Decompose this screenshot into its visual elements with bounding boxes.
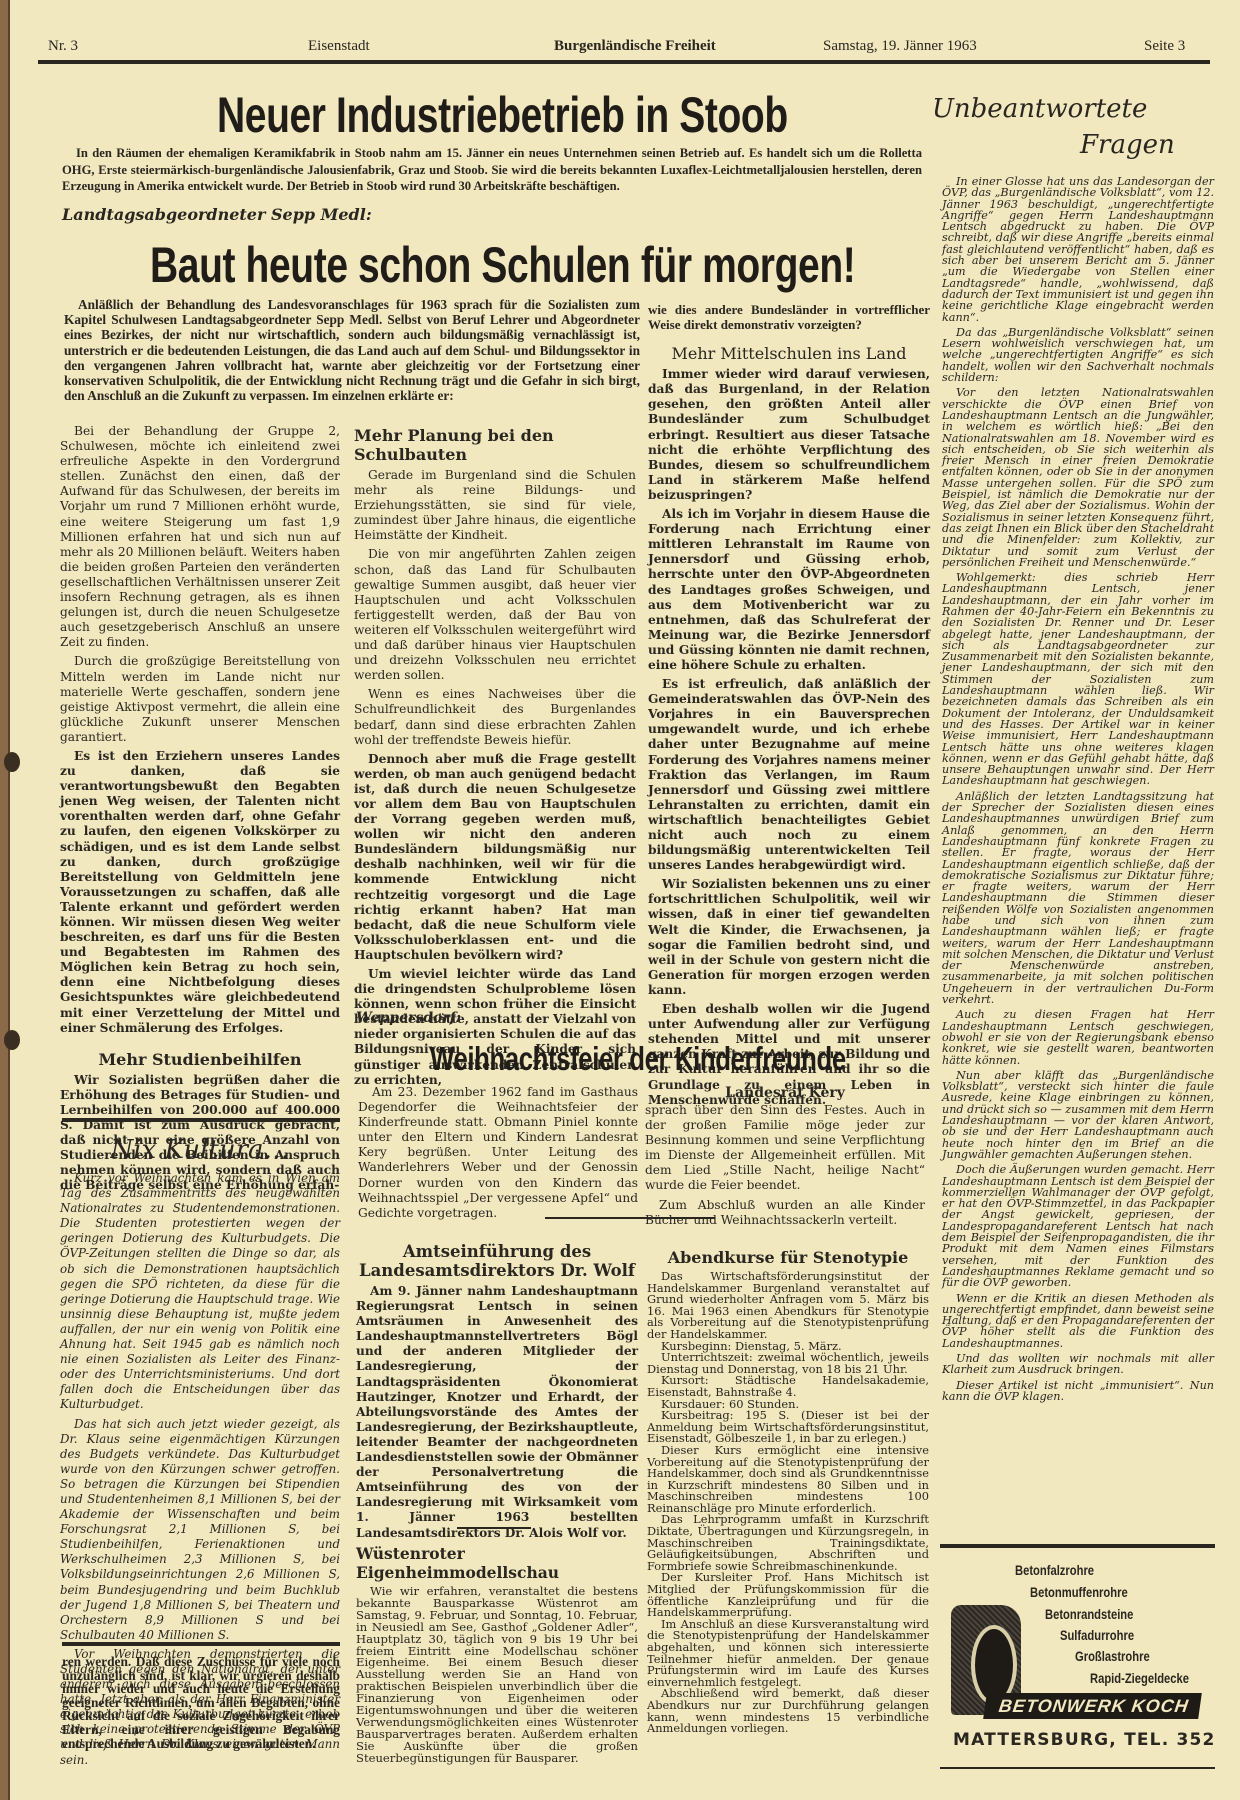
paragraph: Abschließend wird bemerkt, daß dieser Ab…	[647, 1688, 929, 1734]
ad-top-rule	[940, 1544, 1215, 1548]
paragraph: Da das „Burgenländische Volksblatt“ sein…	[942, 327, 1214, 383]
paragraph: Dieser Artikel ist nicht „immunisiert“. …	[942, 1380, 1214, 1403]
masthead-rule	[38, 60, 1210, 64]
paragraph: Das Wirtschaftsförderungsinstitut der Ha…	[647, 1271, 929, 1341]
headline-fragen-1: Unbeantwortete	[932, 94, 1147, 124]
article-stoob: In den Räumen der ehemaligen Keramikfabr…	[62, 145, 922, 199]
paragraph: In einer Glosse hat uns das Landesorgan …	[942, 176, 1214, 323]
ad-company-banner: BETONWERK KOCH	[983, 1693, 1202, 1719]
headline-wuestenrot: Wüstenroter Eigenheimmodellschau	[356, 1544, 638, 1582]
ad-product: Rapid-Ziegeldecke	[1090, 1670, 1189, 1686]
section-rule	[62, 1118, 340, 1122]
headline-wolf: Amtseinführung des Landesamtsdirektors D…	[356, 1242, 638, 1280]
paragraph: Es ist den Erziehern unseres Landes zu d…	[60, 749, 340, 1036]
ad-product: Betonmuffenrohre	[1030, 1584, 1128, 1600]
paragraph: Wohlgemerkt: dies schrieb Herr Landeshau…	[942, 572, 1214, 787]
article-weihnacht-right: Landesrat Kery sprach über den Sinn des …	[645, 1085, 925, 1232]
article-schulen-col1: Bei der Behandlung der Gruppe 2, Schulwe…	[60, 424, 340, 1198]
issue-number: Nr. 3	[48, 38, 78, 55]
paragraph: Auch zu diesen Fragen hat Herr Landeshau…	[942, 1009, 1214, 1065]
kicker-medl: Landtagsabgeordneter Sepp Medl:	[62, 205, 372, 224]
ad-bottom-rule	[940, 1767, 1215, 1769]
paragraph: Bei der Behandlung der Gruppe 2, Schulwe…	[60, 424, 340, 650]
paragraph: Dieser Kurs ermöglicht eine intensive Vo…	[647, 1445, 929, 1515]
paragraph: Die von mir angeführten Zahlen zeigen sc…	[354, 547, 636, 683]
paragraph: Im Anschluß an diese Kursveranstaltung w…	[647, 1619, 929, 1689]
subhead-studien: Mehr Studienbeihilfen	[60, 1050, 340, 1069]
paragraph: Das hat sich auch jetzt wieder gezeigt, …	[60, 1417, 340, 1643]
subhead-planung: Mehr Planung bei den Schulbauten	[354, 426, 636, 464]
paragraph: Vor den letzten Nationalratswahlen versc…	[942, 387, 1214, 568]
ad-product: Betonrandsteine	[1045, 1606, 1133, 1622]
advertisement-betonwerk-koch: Betonfalzrohre Betonmuffenrohre Betonran…	[945, 1560, 1207, 1775]
paragraph: Am 23. Dezember 1962 fand im Gasthaus De…	[358, 1085, 638, 1221]
paragraph: Wir Sozialisten bekennen uns zu einer fo…	[648, 877, 930, 998]
paragraph: Und das wollten wir nochmals mit aller K…	[942, 1353, 1214, 1376]
paragraph: Als ich im Vorjahr in diesem Hause die F…	[648, 507, 930, 673]
section-rule	[545, 1217, 715, 1219]
paragraph: Kursort: Städtische Handelsakademie, Eis…	[647, 1375, 929, 1398]
headline-kultura: Nix Kultura…	[60, 1135, 340, 1165]
newspaper-name: Burgenländische Freiheit	[554, 38, 716, 55]
article-schulen-continuation: ren werden. Daß diese Zuschüsse für viel…	[62, 1655, 340, 1754]
paragraph: Kursbeitrag: 195 S. (Dieser ist bei der …	[647, 1410, 929, 1445]
article-schulen-lead: Anläßlich der Behandlung des Landesvoran…	[64, 297, 640, 407]
ad-product: Betonfalzrohre	[1015, 1562, 1094, 1578]
paragraph: Wenn er die Kritik an diesen Methoden al…	[942, 1293, 1214, 1349]
headline-weihnacht: Weihnachtsfeier der Kinderfreunde	[430, 1040, 846, 1078]
headline-steno: Abendkurse für Stenotypie	[647, 1248, 929, 1267]
article-fragen: In einer Glosse hat uns das Landesorgan …	[942, 176, 1214, 1406]
masthead: Nr. 3 Eisenstadt Burgenländische Freihei…	[48, 38, 1208, 58]
place: Eisenstadt	[308, 38, 370, 55]
paragraph: Das Lehrprogramm umfaßt in Kurzschrift D…	[647, 1514, 929, 1572]
binding-hole	[4, 752, 20, 772]
binding-hole	[4, 1030, 20, 1050]
lead-paragraph: Anläßlich der Behandlung des Landesvoran…	[64, 297, 640, 403]
ad-company: BETONWERK KOCH	[997, 1696, 1190, 1717]
article-body: In den Räumen der ehemaligen Keramikfabr…	[62, 145, 922, 195]
paragraph: Doch die Äußerungen wurden gemacht. Herr…	[942, 1164, 1214, 1288]
ad-product: Sulfadurrohre	[1060, 1627, 1134, 1643]
article-schulen-col3: wie dies andere Bundesländer in vortreff…	[648, 302, 930, 1112]
paragraph: Wie wir erfahren, veranstaltet die beste…	[356, 1586, 638, 1765]
article-schulen-col2: Mehr Planung bei den Schulbauten Gerade …	[354, 426, 636, 1092]
paragraph: Der Kursleiter Prof. Hans Michitsch ist …	[647, 1572, 929, 1618]
paragraph: ren werden. Daß diese Zuschüsse für viel…	[62, 1655, 340, 1750]
article-steno: Abendkurse für Stenotypie Das Wirtschaft…	[647, 1244, 929, 1735]
headline-stoob: Neuer Industriebetrieb in Stoob	[217, 86, 788, 144]
subhead-kery: Landesrat Kery	[645, 1085, 925, 1101]
paragraph: sprach über den Sinn des Festes. Auch in…	[645, 1103, 925, 1194]
ad-product: Großlastrohre	[1075, 1648, 1150, 1664]
ad-address: MATTERSBURG, TEL. 352	[953, 1730, 1216, 1750]
section-rule	[457, 1527, 531, 1529]
paragraph: Es ist erfreulich, daß anläßlich der Gem…	[648, 677, 930, 873]
paragraph: Am 9. Jänner nahm Landeshauptmann Regier…	[356, 1284, 638, 1541]
paragraph: Kurz vor Weihnachten kam es in Wien am T…	[60, 1171, 340, 1413]
headline-fragen-2: Fragen	[1080, 130, 1175, 160]
issue-date: Samstag, 19. Jänner 1963	[823, 38, 977, 55]
paragraph: Anläßlich der letzten Landtagssitzung ha…	[942, 791, 1214, 1006]
paragraph: wie dies andere Bundesländer in vortreff…	[648, 302, 930, 332]
subhead-mittelschulen: Mehr Mittelschulen ins Land	[648, 344, 930, 363]
paragraph: Unterrichtszeit: zweimal wöchentlich, je…	[647, 1352, 929, 1375]
paragraph: Durch die großzügige Bereitstellung von …	[60, 654, 340, 745]
page-binding-edge	[0, 0, 10, 1800]
article-weihnacht-left: Am 23. Dezember 1962 fand im Gasthaus De…	[358, 1085, 638, 1225]
section-rule	[62, 1642, 340, 1646]
paragraph: Gerade im Burgenland sind die Schulen me…	[354, 468, 636, 543]
paragraph: Immer wieder wird darauf verwiesen, daß …	[648, 367, 930, 503]
article-wuestenrot: Wüstenroter Eigenheimmodellschau Wie wir…	[356, 1540, 638, 1769]
page-number: Seite 3	[1144, 38, 1185, 55]
paragraph: Dennoch aber muß die Frage gestellt werd…	[354, 752, 636, 963]
paragraph: Nun aber kläfft das „Burgenländische Vol…	[942, 1070, 1214, 1160]
headline-schulen: Baut heute schon Schulen für morgen!	[150, 236, 855, 294]
paragraph: Wenn es eines Nachweises über die Schulf…	[354, 687, 636, 747]
paragraph: Zum Abschluß wurden an alle Kinder Büche…	[645, 1198, 925, 1228]
article-wolf: Amtseinführung des Landesamtsdirektors D…	[356, 1238, 638, 1545]
kicker-weppersdorf: Weppersdorf:	[356, 1010, 461, 1026]
